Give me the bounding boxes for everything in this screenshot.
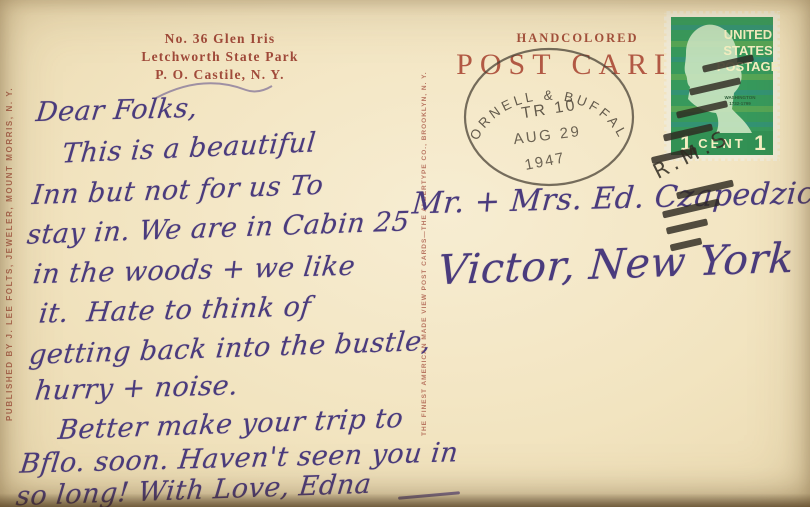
postmark-year: 1947 [523, 149, 567, 174]
divider-imprint: THE FINEST AMERICAN MADE VIEW POST CARDS… [421, 0, 428, 507]
postmark-date: AUG 29 [512, 123, 582, 148]
message-line: in the woods + we like [31, 252, 357, 290]
cancel-bar [666, 218, 708, 234]
postcard-scan: No. 36 Glen Iris Letchworth State Park P… [0, 0, 810, 507]
pen-flourish-tail [398, 491, 460, 499]
stamp-caption-dates: 1732-1799 [729, 101, 751, 106]
message-line: stay in. We are in Cabin 25 [26, 207, 412, 250]
stamp-value-right: 1 [754, 132, 766, 155]
stamp-country: UNITED [724, 27, 772, 42]
message-line: Inn but not for us To [31, 171, 325, 211]
message-line: This is a beautiful [61, 128, 318, 169]
left-edge-imprint: PUBLISHED BY J. LEE FOLTS, JEWELER, MOUN… [5, 0, 14, 507]
postmark-cancel: HORNELL & BUFFALO TR 10 AUG 29 1947 [462, 46, 637, 194]
handcolored-label: HANDCOLORED [470, 31, 685, 46]
address-city: Victor, New York [437, 236, 796, 294]
message-line: getting back into the bustle, [28, 327, 433, 371]
caption-line-2: Letchworth State Park [100, 48, 340, 66]
message-line: it. Hate to think of [37, 292, 312, 329]
message-line: Dear Folks, [34, 94, 199, 128]
message-line: hurry + noise. [33, 371, 240, 406]
stamp-caption-name: WASHINGTON [725, 95, 756, 100]
caption-line-1: No. 36 Glen Iris [100, 30, 340, 48]
